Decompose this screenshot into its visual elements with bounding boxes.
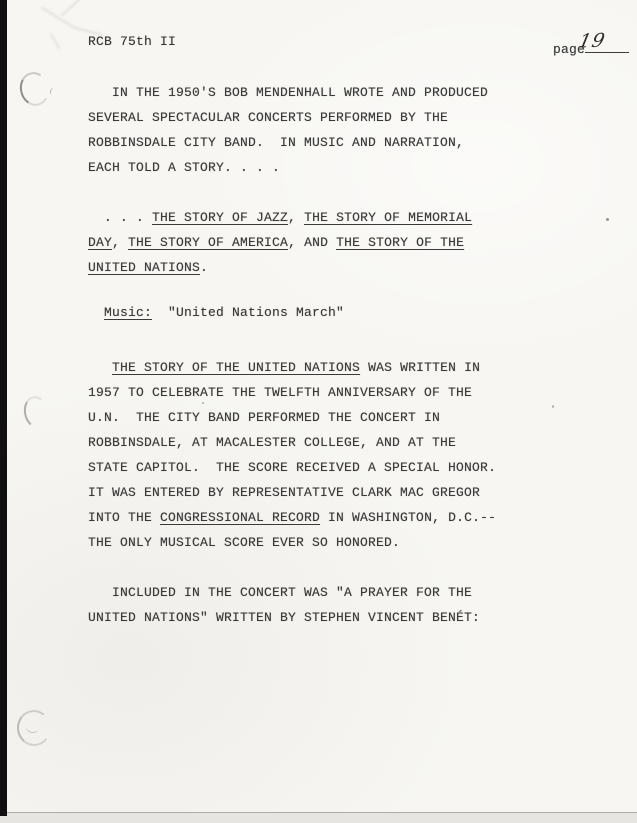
underlined-text: THE STORY OF MEMORIAL — [304, 210, 472, 225]
underlined-text: THE STORY OF THE — [336, 235, 464, 250]
scan-edge-strip — [0, 0, 7, 816]
typed-line: THE STORY OF THE UNITED NATIONS WAS WRIT… — [88, 355, 496, 380]
typed-line: THE ONLY MUSICAL SCORE EVER SO HONORED. — [88, 530, 496, 555]
typed-text: . . . — [88, 210, 152, 225]
typed-text: U.N. THE CITY BAND PERFORMED THE CONCERT… — [88, 410, 440, 425]
typed-text: 1957 TO CELEBRATE THE TWELFTH ANNIVERSAR… — [88, 385, 472, 400]
underlined-text: DAY — [88, 235, 112, 250]
paragraph-2: . . . THE STORY OF JAZZ, THE STORY OF ME… — [88, 205, 472, 280]
typed-text: , — [288, 210, 304, 225]
underlined-text: UNITED NATIONS — [88, 260, 200, 275]
typed-text: IN WASHINGTON, D.C.-- — [320, 510, 496, 525]
typed-line: U.N. THE CITY BAND PERFORMED THE CONCERT… — [88, 405, 496, 430]
typed-text: INCLUDED IN THE CONCERT WAS "A PRAYER FO… — [88, 585, 472, 600]
typed-line: ROBBINSDALE, AT MACALESTER COLLEGE, AND … — [88, 430, 496, 455]
typed-text: UNITED NATIONS" WRITTEN BY STEPHEN VINCE… — [88, 610, 480, 625]
paragraph-4: INCLUDED IN THE CONCERT WAS "A PRAYER FO… — [88, 580, 480, 630]
ink-speck — [606, 218, 609, 221]
typed-line: INTO THE CONGRESSIONAL RECORD IN WASHING… — [88, 505, 496, 530]
typed-line: IT WAS ENTERED BY REPRESENTATIVE CLARK M… — [88, 480, 496, 505]
typed-text: ROBBINSDALE CITY BAND. IN MUSIC AND NARR… — [88, 135, 464, 150]
typed-line: DAY, THE STORY OF AMERICA, AND THE STORY… — [88, 230, 472, 255]
scanner-background — [0, 813, 637, 823]
typed-text: "United Nations March" — [152, 305, 344, 320]
typed-line: INCLUDED IN THE CONCERT WAS "A PRAYER FO… — [88, 580, 480, 605]
typed-line: ROBBINSDALE CITY BAND. IN MUSIC AND NARR… — [88, 130, 488, 155]
typed-text: ROBBINSDALE, AT MACALESTER COLLEGE, AND … — [88, 435, 456, 450]
typed-line: EACH TOLD A STORY. . . . — [88, 155, 488, 180]
typed-text: STATE CAPITOL. THE SCORE RECEIVED A SPEC… — [88, 460, 496, 475]
typed-text: WAS WRITTEN IN — [360, 360, 480, 375]
ink-speck — [202, 402, 204, 404]
underlined-text: THE STORY OF AMERICA — [128, 235, 288, 250]
underlined-text: THE STORY OF JAZZ — [152, 210, 288, 225]
typed-line: SEVERAL SPECTACULAR CONCERTS PERFORMED B… — [88, 105, 488, 130]
typed-text: IN THE 1950'S BOB MENDENHALL WROTE AND P… — [88, 85, 488, 100]
typed-line: IN THE 1950'S BOB MENDENHALL WROTE AND P… — [88, 80, 488, 105]
underlined-text: CONGRESSIONAL RECORD — [160, 510, 320, 525]
typed-text: THE ONLY MUSICAL SCORE EVER SO HONORED. — [88, 535, 400, 550]
paragraph-1: IN THE 1950'S BOB MENDENHALL WROTE AND P… — [88, 80, 488, 180]
scanned-typewritten-page: RCB 75th II page 19 IN THE 1950'S BOB ME… — [0, 0, 637, 823]
paragraph-3: THE STORY OF THE UNITED NATIONS WAS WRIT… — [88, 355, 496, 555]
typed-line: . . . THE STORY OF JAZZ, THE STORY OF ME… — [88, 205, 472, 230]
typed-text: . — [200, 260, 208, 275]
typed-body: IN THE 1950'S BOB MENDENHALL WROTE AND P… — [0, 0, 637, 823]
typed-text — [88, 360, 112, 375]
typed-text — [88, 305, 104, 320]
typed-line: Music: "United Nations March" — [88, 300, 344, 325]
typed-text: IT WAS ENTERED BY REPRESENTATIVE CLARK M… — [88, 485, 480, 500]
typed-text: , AND — [288, 235, 336, 250]
typed-text: , — [112, 235, 128, 250]
typed-line: STATE CAPITOL. THE SCORE RECEIVED A SPEC… — [88, 455, 496, 480]
typed-text: EACH TOLD A STORY. . . . — [88, 160, 280, 175]
ink-speck — [552, 405, 554, 408]
underlined-text: THE STORY OF THE UNITED NATIONS — [112, 360, 360, 375]
typed-text: SEVERAL SPECTACULAR CONCERTS PERFORMED B… — [88, 110, 448, 125]
typed-text: INTO THE — [88, 510, 160, 525]
typed-line: 1957 TO CELEBRATE THE TWELFTH ANNIVERSAR… — [88, 380, 496, 405]
typed-line: UNITED NATIONS. — [88, 255, 472, 280]
underlined-text: Music: — [104, 305, 152, 320]
typed-line: UNITED NATIONS" WRITTEN BY STEPHEN VINCE… — [88, 605, 480, 630]
music-cue: Music: "United Nations March" — [88, 300, 344, 325]
